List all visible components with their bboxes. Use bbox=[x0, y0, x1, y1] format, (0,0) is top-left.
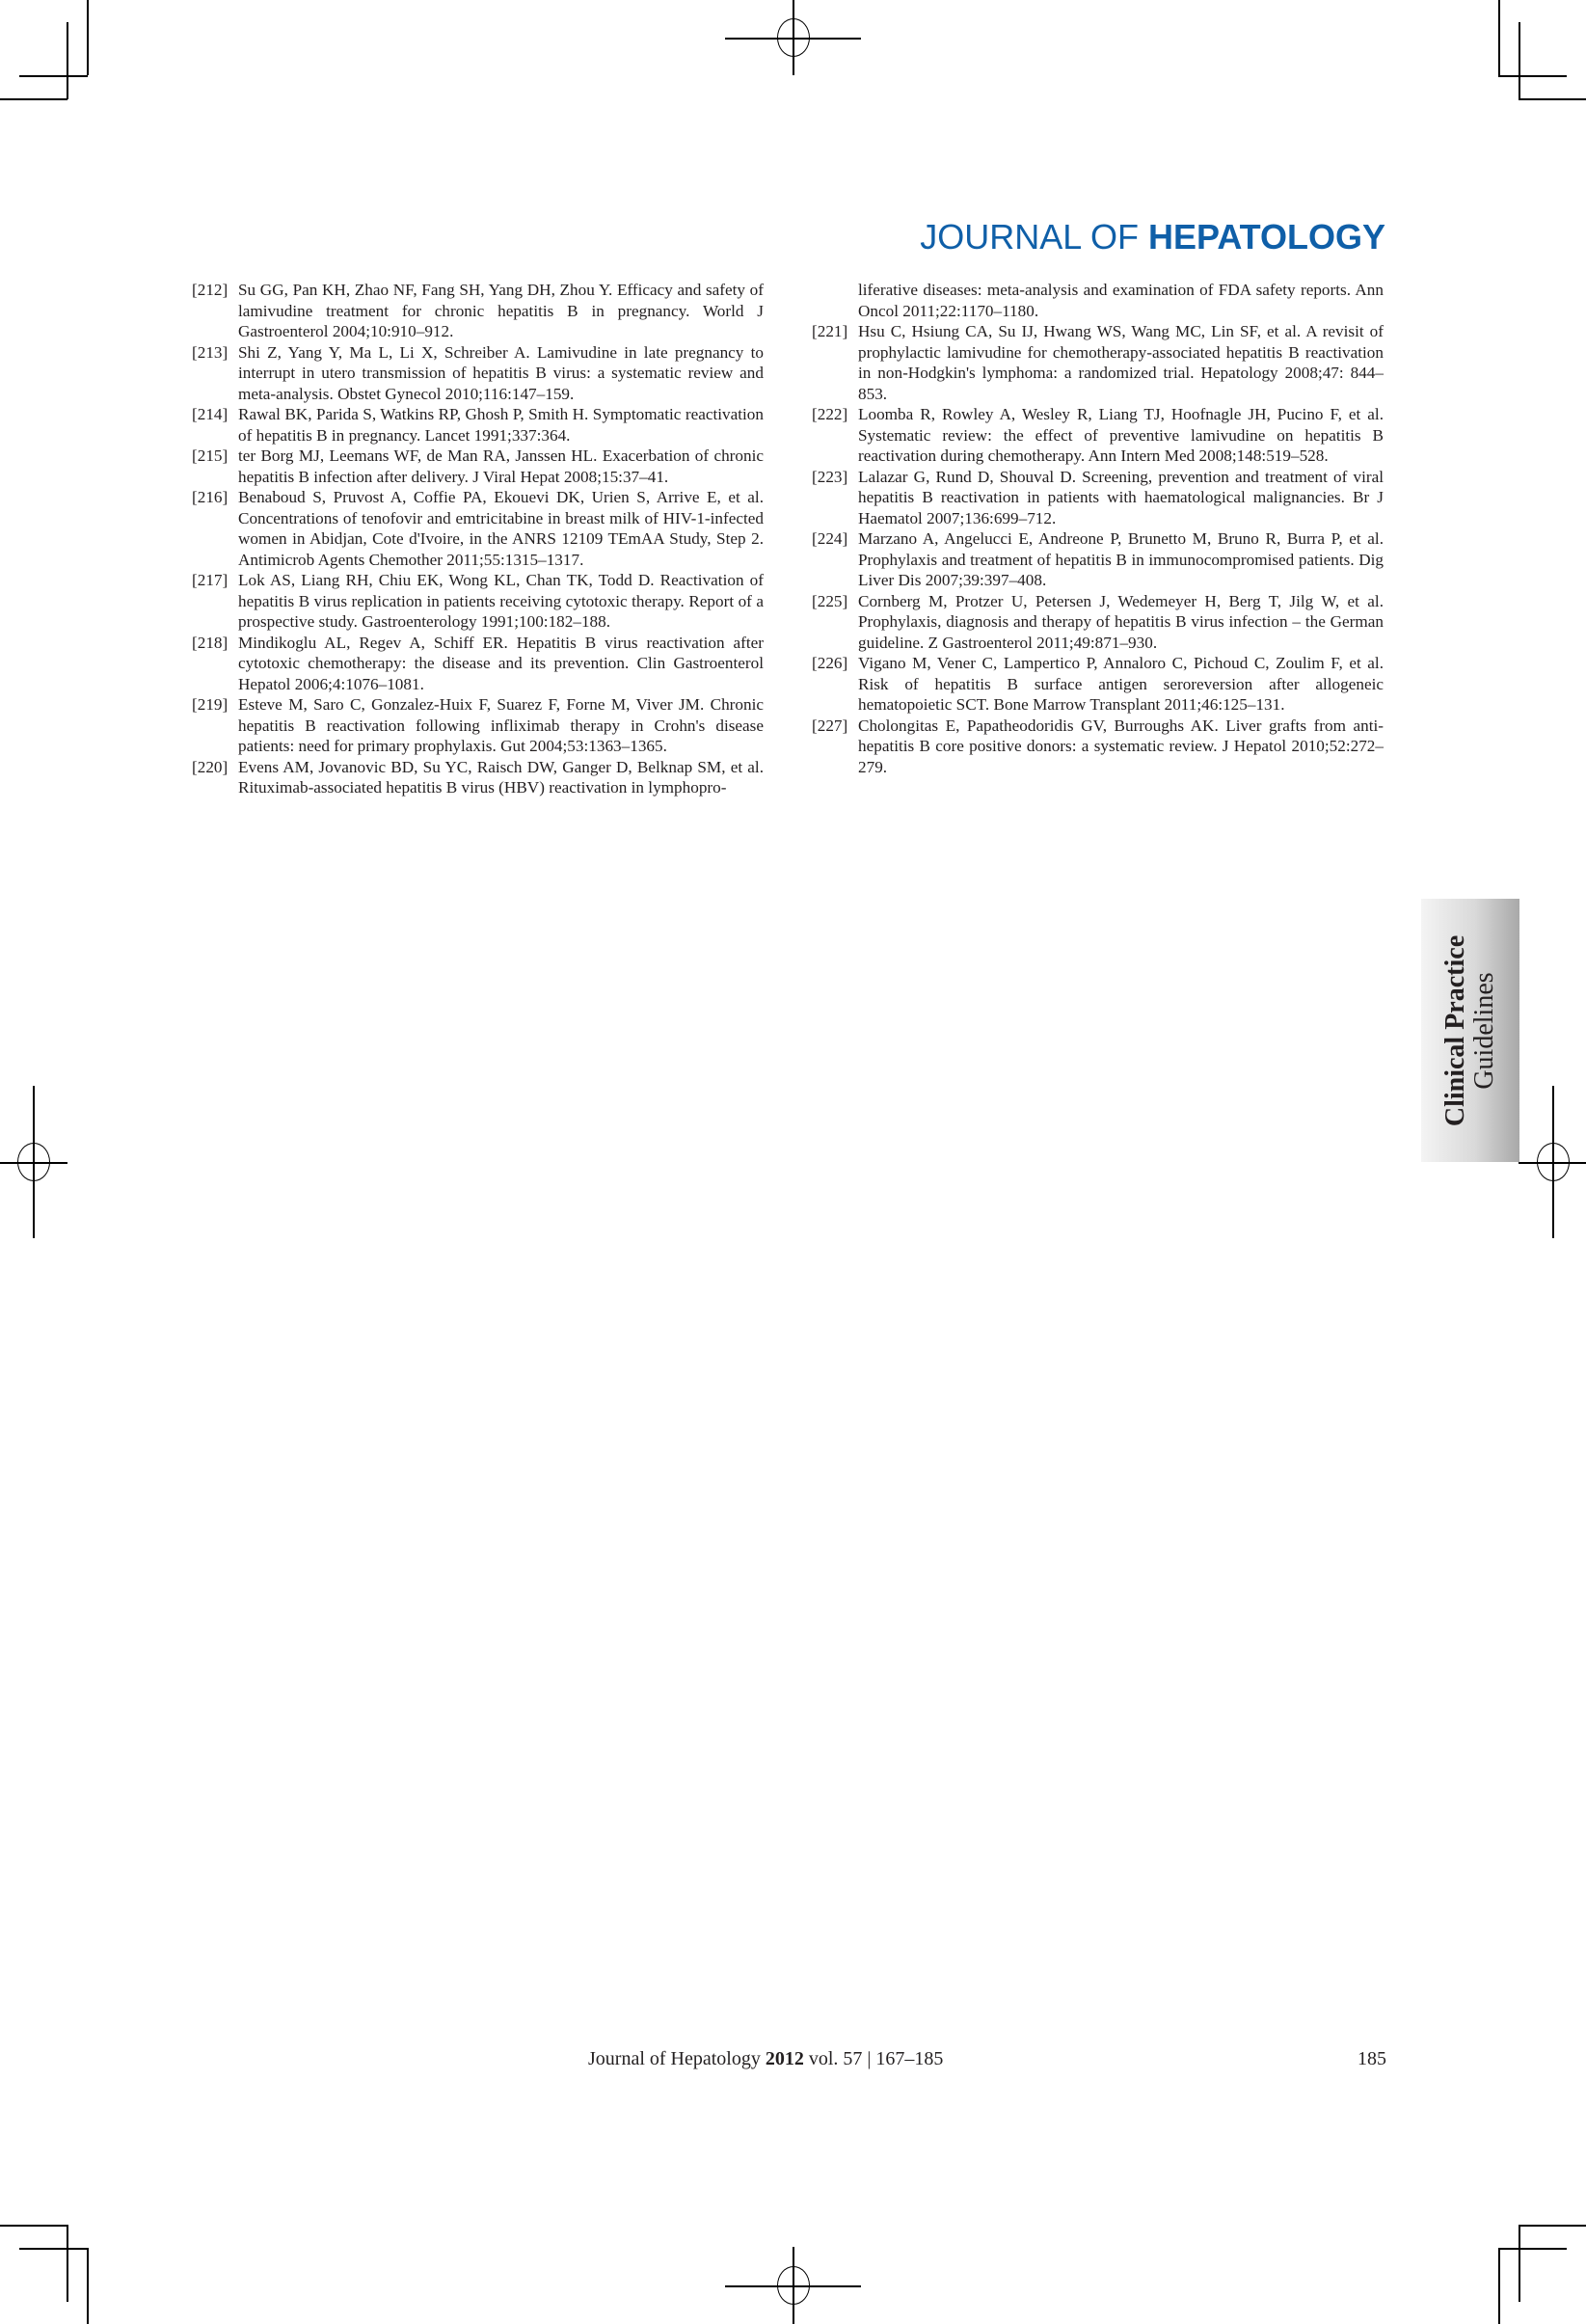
section-side-tab-label: Clinical Practice Guidelines bbox=[1441, 934, 1499, 1125]
crop-mark bbox=[1519, 98, 1586, 100]
reference-220-continuation: liferative diseases: meta-analysis and e… bbox=[812, 280, 1384, 321]
reference-221: [221]Hsu C, Hsiung CA, Su IJ, Hwang WS, … bbox=[812, 321, 1384, 404]
crop-mark bbox=[87, 0, 89, 75]
crop-mark bbox=[1519, 2225, 1520, 2302]
reference-224: [224]Marzano A, Angelucci E, Andreone P,… bbox=[812, 528, 1384, 591]
crop-mark bbox=[19, 2248, 88, 2250]
reference-216: [216]Benaboud S, Pruvost A, Coffie PA, E… bbox=[192, 487, 764, 570]
references-right-column: liferative diseases: meta-analysis and e… bbox=[812, 280, 1384, 777]
crop-mark bbox=[19, 75, 88, 77]
crop-mark bbox=[0, 2225, 67, 2227]
reference-220: [220]Evens AM, Jovanovic BD, Su YC, Rais… bbox=[192, 757, 764, 798]
reference-217: [217]Lok AS, Liang RH, Chiu EK, Wong KL,… bbox=[192, 570, 764, 633]
reference-218: [218]Mindikoglu AL, Regev A, Schiff ER. … bbox=[192, 633, 764, 695]
crop-mark bbox=[1498, 2248, 1567, 2250]
crop-mark bbox=[0, 98, 67, 100]
crop-mark bbox=[1519, 22, 1520, 99]
crop-mark bbox=[67, 2225, 68, 2302]
reference-215: [215]ter Borg MJ, Leemans WF, de Man RA,… bbox=[192, 446, 764, 487]
crop-mark bbox=[1498, 2248, 1500, 2324]
reference-219: [219]Esteve M, Saro C, Gonzalez-Huix F, … bbox=[192, 694, 764, 757]
crop-mark bbox=[87, 2248, 89, 2324]
reference-225: [225]Cornberg M, Protzer U, Petersen J, … bbox=[812, 591, 1384, 654]
journal-header-prefix: JOURNAL OF bbox=[920, 217, 1148, 257]
journal-header-name: HEPATOLOGY bbox=[1148, 217, 1385, 257]
journal-header: JOURNAL OF HEPATOLOGY bbox=[920, 220, 1385, 255]
reference-222: [222]Loomba R, Rowley A, Wesley R, Liang… bbox=[812, 404, 1384, 467]
reference-226: [226]Vigano M, Vener C, Lampertico P, An… bbox=[812, 653, 1384, 716]
crop-mark bbox=[1498, 75, 1567, 77]
reference-214: [214]Rawal BK, Parida S, Watkins RP, Gho… bbox=[192, 404, 764, 446]
reference-213: [213]Shi Z, Yang Y, Ma L, Li X, Schreibe… bbox=[192, 342, 764, 405]
crop-mark bbox=[1519, 2225, 1586, 2227]
footer-citation: Journal of Hepatology 2012 vol. 57 | 167… bbox=[588, 2048, 943, 2070]
section-side-tab: Clinical Practice Guidelines bbox=[1421, 899, 1519, 1162]
reference-223: [223]Lalazar G, Rund D, Shouval D. Scree… bbox=[812, 467, 1384, 529]
page-number: 185 bbox=[1358, 2048, 1386, 2070]
references-left-column: [212]Su GG, Pan KH, Zhao NF, Fang SH, Ya… bbox=[192, 280, 764, 798]
reference-227: [227]Cholongitas E, Papatheodoridis GV, … bbox=[812, 716, 1384, 778]
crop-mark bbox=[67, 22, 68, 99]
crop-mark bbox=[1498, 0, 1500, 75]
reference-212: [212]Su GG, Pan KH, Zhao NF, Fang SH, Ya… bbox=[192, 280, 764, 342]
